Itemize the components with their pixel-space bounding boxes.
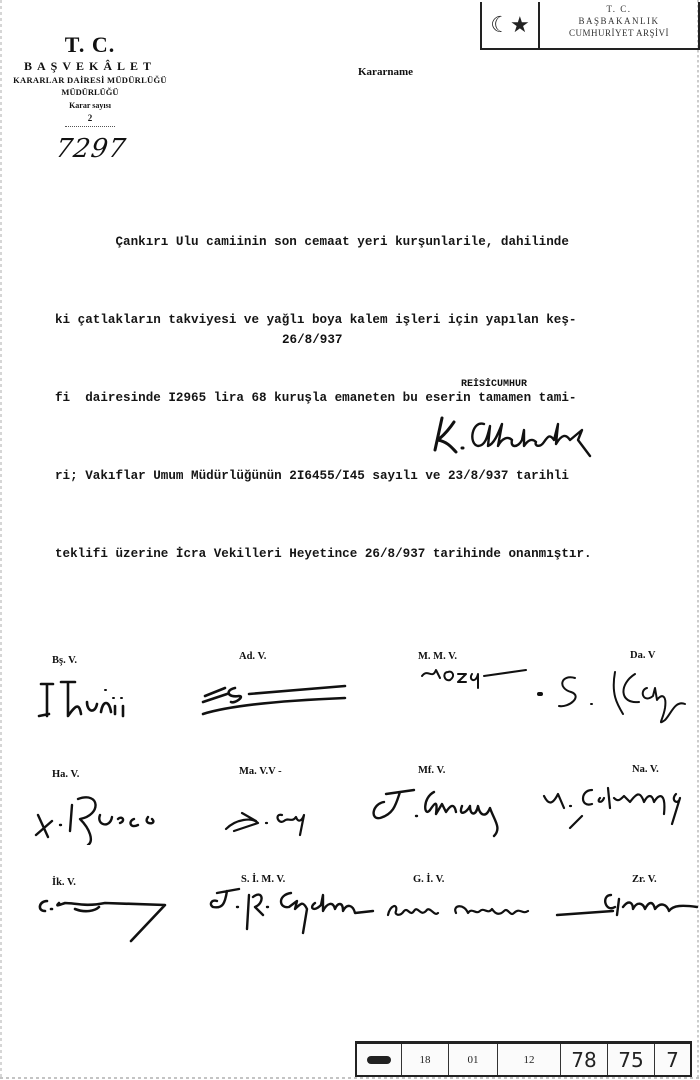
ref-cell-marker [357,1044,402,1075]
minister-label: G. İ. V. [413,874,444,885]
ref-cell-handwritten: 7 [655,1044,690,1075]
office-heading: BAŞVEKÂLET [0,59,180,74]
decree-body: Çankırı Ulu camiinin son cemaat yeri kur… [55,177,700,593]
state-heading: T. C. [0,34,180,56]
president-signature [432,404,602,460]
minister-label: İk. V. [52,877,76,888]
minister-label: Mf. V. [418,765,445,776]
minister-label: Zr. V. [632,874,657,885]
stamp-line-1: T. C. [540,3,698,15]
minister-signature [35,893,180,943]
ref-cell-handwritten: 75 [608,1044,655,1075]
minister-signature [203,885,378,945]
archive-stamp: ☾★ T. C. BAŞBAKANLIK CUMHURİYET ARŞİVİ [480,2,700,50]
minister-label: Ha. V. [52,769,79,780]
stamp-line-3: CUMHURİYET ARŞİVİ [540,27,698,39]
decision-page: 2 [0,113,180,123]
ref-cell-handwritten: 78 [561,1044,608,1075]
minister-label: Ma. V.V - [239,766,282,777]
department-heading: KARARLAR DAİRESİ MÜDÜRLÜĞÜ [0,75,180,85]
rule-divider [65,126,115,128]
minister-signature [535,664,695,734]
body-line: teklifi üzerine İcra Vekilleri Heyetince… [55,541,700,567]
body-line: fi dairesinde I2965 lira 68 kuruşla eman… [55,385,700,411]
minister-label: M. M. V. [418,651,457,662]
decree-date: 26/8/937 [282,333,342,347]
minister-signature [540,780,700,830]
document-title: Kararname [358,66,413,78]
minister-label: S. İ. M. V. [241,874,285,885]
ref-cell: 18 [402,1044,449,1075]
scan-edge-left [0,0,2,1080]
minister-signature [35,676,145,726]
minister-label: Da. V [630,650,655,661]
letterhead: T. C. BAŞVEKÂLET KARARLAR DAİRESİ MÜDÜRL… [0,34,180,128]
body-line: Çankırı Ulu camiinin son cemaat yeri kur… [55,229,700,255]
scan-edge-bottom [0,1077,700,1079]
minister-signature [30,785,180,845]
minister-signature [222,795,322,837]
archive-reference-box: 18 01 12 78 75 7 [355,1041,692,1077]
handwritten-decision-number: 7297 [54,134,128,164]
crescent-star-icon: ☾★ [482,2,540,48]
minister-signature [418,662,528,692]
ref-cell: 01 [449,1044,498,1075]
minister-label: Na. V. [632,764,659,775]
ref-cell: 12 [498,1044,561,1075]
stamp-text: T. C. BAŞBAKANLIK CUMHURİYET ARŞİVİ [540,2,698,48]
decision-number-label: Karar sayısı [0,101,180,110]
body-line: ri; Vakıflar Umum Müdürlüğünün 2I6455/I4… [55,463,700,489]
body-line: ki çatlakların takviyesi ve yağlı boya k… [55,307,700,333]
stamp-line-2: BAŞBAKANLIK [540,15,698,27]
president-title: REİSİCUMHUR [461,379,527,390]
redacted-mark [367,1056,391,1064]
minister-label: Bş. V. [52,655,77,666]
minister-label: Ad. V. [239,651,266,662]
minister-signature [195,676,355,716]
sub-department-heading: MÜDÜRLÜĞÜ [0,87,180,97]
minister-signature [382,895,582,925]
minister-signature [553,885,698,925]
minister-signature [366,780,506,840]
